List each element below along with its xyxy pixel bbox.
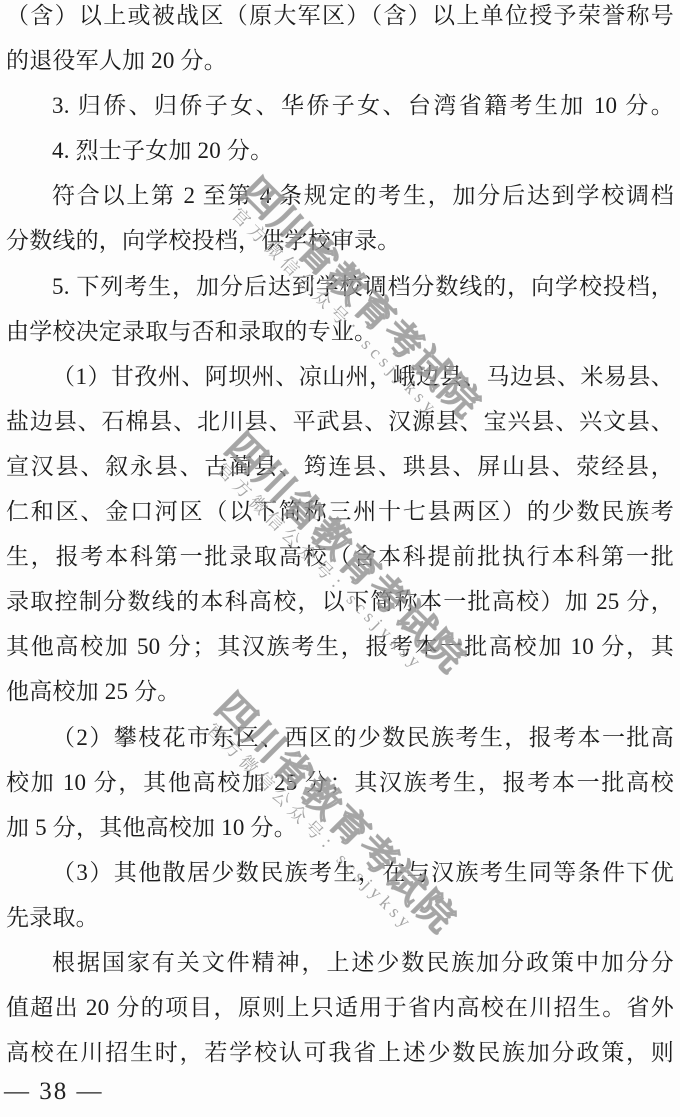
text-line: （3）其他散居少数民族考生，在与汉族考生同等条件下优 bbox=[6, 850, 674, 895]
text-line: 盐边县、石棉县、北川县、平武县、汉源县、宝兴县、兴文县、 bbox=[6, 399, 674, 444]
text-line: 分数线的，向学校投档，供学校审录。 bbox=[6, 218, 674, 263]
text-line: 他高校加 25 分。 bbox=[6, 669, 674, 714]
page-number: — 38 — bbox=[4, 1078, 104, 1106]
document-page: （含）以上或被战区（原大军区）（含）以上单位授予荣誉称号的退役军人加 20 分。… bbox=[0, 0, 680, 1117]
text-line: 符合以上第 2 至第 4 条规定的考生，加分后达到学校调档 bbox=[6, 173, 674, 218]
text-line: 值超出 20 分的项目，原则上只适用于省内高校在川招生。省外 bbox=[6, 985, 674, 1030]
text-line: 4. 烈士子女加 20 分。 bbox=[6, 128, 674, 173]
text-line: 加 5 分，其他高校加 10 分。 bbox=[6, 805, 674, 850]
text-line: （2）攀枝花市东区、西区的少数民族考生，报考本一批高 bbox=[6, 715, 674, 760]
text-line: （含）以上或被战区（原大军区）（含）以上单位授予荣誉称号 bbox=[6, 0, 674, 38]
text-line: 生，报考本科第一批录取高校（含本科提前批执行本科第一批 bbox=[6, 534, 674, 579]
text-line: 校加 10 分，其他高校加 25 分；其汉族考生，报考本一批高校 bbox=[6, 760, 674, 805]
text-line: 的退役军人加 20 分。 bbox=[6, 38, 674, 83]
text-line: 其他高校加 50 分；其汉族考生，报考本一批高校加 10 分，其 bbox=[6, 624, 674, 669]
text-line: 先录取。 bbox=[6, 895, 674, 940]
text-line: 3. 归侨、归侨子女、华侨子女、台湾省籍考生加 10 分。 bbox=[6, 83, 674, 128]
text-line: 高校在川招生时，若学校认可我省上述少数民族加分政策，则 bbox=[6, 1030, 674, 1075]
text-line: 录取控制分数线的本科高校，以下简称本一批高校）加 25 分， bbox=[6, 579, 674, 624]
text-line: 仁和区、金口河区（以下简称三州十七县两区）的少数民族考 bbox=[6, 489, 674, 534]
page-content: （含）以上或被战区（原大军区）（含）以上单位授予荣誉称号的退役军人加 20 分。… bbox=[6, 0, 674, 1075]
text-line: （1）甘孜州、阿坝州、凉山州，峨边县、马边县、米易县、 bbox=[6, 354, 674, 399]
text-line: 根据国家有关文件精神，上述少数民族加分政策中加分分 bbox=[6, 940, 674, 985]
text-line: 宣汉县、叙永县、古蔺县、筠连县、珙县、屏山县、荥经县， bbox=[6, 444, 674, 489]
text-line: 5. 下列考生，加分后达到学校调档分数线的，向学校投档， bbox=[6, 264, 674, 309]
text-line: 由学校决定录取与否和录取的专业。 bbox=[6, 309, 674, 354]
